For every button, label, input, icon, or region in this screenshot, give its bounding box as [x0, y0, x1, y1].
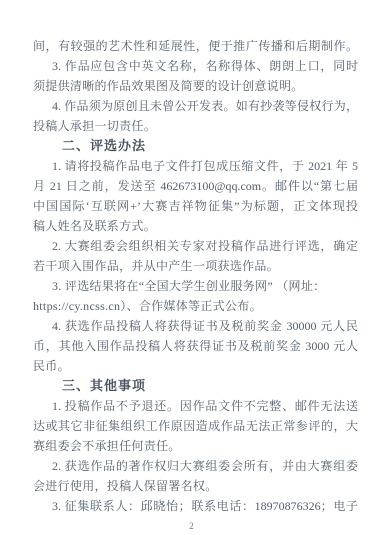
document-line: 月 21 日之前，发送至 462673100@qq.com。邮件以“第七届 — [33, 176, 358, 196]
document-line: 2. 获选作品的著作权归大赛组委会所有，并由大赛组委 — [33, 456, 358, 476]
section-heading: 三、其他事项 — [33, 376, 358, 396]
document-line: 4. 作品须为原创且未曾公开发表。如有抄袭等侵权行为， — [33, 96, 358, 116]
document-line: 币，其他入围作品投稿人将获得证书及税前奖金 3000 元人 — [33, 336, 358, 356]
document-line: 1. 投稿作品不予退还。因作品文件不完整、邮件无法送 — [33, 396, 358, 416]
document-line: 3. 作品应包含中英文名称，名称得体、朗朗上口，同时 — [33, 56, 358, 76]
document-line: https://cy.ncss.cn）、合作媒体等正式公布。 — [33, 296, 358, 316]
page-number: 2 — [0, 521, 383, 531]
document-line: 中国国际‘互联网+’大赛吉祥物征集”为标题，正文体现投 — [33, 196, 358, 216]
document-line: 投稿人承担一切责任。 — [33, 116, 358, 136]
document-line: 须提供清晰的作品效果图及简要的设计创意说明。 — [33, 76, 358, 96]
document-line: 会进行使用，投稿人保留署名权。 — [33, 476, 358, 496]
document-line: 3. 评选结果将在“全国大学生创业服务网” （网址： — [33, 276, 358, 296]
document-line: 2. 大赛组委会组织相关专家对投稿作品进行评选，确定 — [33, 236, 358, 256]
document-line: 1. 请将投稿作品电子文件打包成压缩文件，于 2021 年 5 — [33, 156, 358, 176]
document-line: 达或其它非征集组织工作原因造成作品无法正常参评的，大 — [33, 416, 358, 436]
document-line: 赛组委会不承担任何责任。 — [33, 436, 358, 456]
document-body: 间，有较强的艺术性和延展性，便于推广传播和后期制作。3. 作品应包含中英文名称，… — [33, 36, 358, 516]
document-page: 间，有较强的艺术性和延展性，便于推广传播和后期制作。3. 作品应包含中英文名称，… — [0, 0, 391, 535]
document-line: 间，有较强的艺术性和延展性，便于推广传播和后期制作。 — [33, 36, 358, 56]
document-line: 若干项入围作品，并从中产生一项获选作品。 — [33, 256, 358, 276]
document-line: 民币。 — [33, 356, 358, 376]
document-line: 3. 征集联系人：邱晓怡；联系电话：18970876326；电子 — [33, 496, 358, 516]
section-heading: 二、评选办法 — [33, 136, 358, 156]
document-line: 4. 获选作品投稿人将获得证书及税前奖金 30000 元人民 — [33, 316, 358, 336]
document-line: 稿人姓名及联系方式。 — [33, 216, 358, 236]
